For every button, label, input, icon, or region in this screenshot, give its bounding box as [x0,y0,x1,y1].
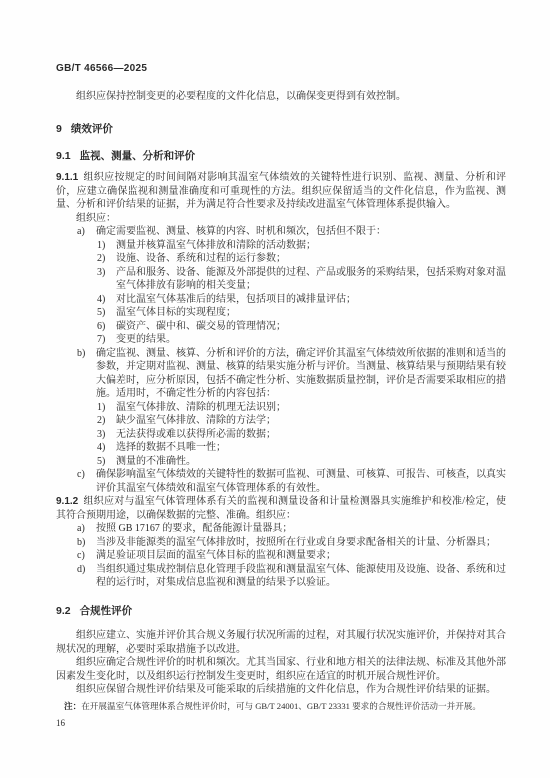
sub-list-item-text: 缺少温室气体排放、清除的方法学； [116,414,506,428]
list-item-label: b) [77,347,96,401]
list-item-text: 当组织通过集成控制信息化管理手段监视和测量温室气体、能源使用及设施、设备、系统和… [96,563,506,590]
note-text: 在开展温室气体管理体系合规性评价时，可与 GB/T 24001、GB/T 233… [81,700,506,712]
clause-911-text: 组织应按规定的时间间隔对影响其温室气体绩效的关键特性进行识别、监视、测量、分析和… [56,172,506,210]
clause-911-lead: 组织应： [56,212,506,226]
sub-list-item-text: 温室气体目标的实现程度； [116,306,506,320]
sub-list-item-text: 测量并核算温室气体排放和清除的活动数据； [116,239,506,253]
page-number: 16 [56,717,506,731]
list-item-label: a) [77,225,96,239]
sub-list-item-label: 3) [97,428,116,442]
list-item-c: c) 确保影响温室气体绩效的关键特性的数据可监视、可测量、可核算、可报告、可核查… [56,468,506,495]
sub-list-item-text: 无法获得或难以获得所必需的数据； [116,428,506,442]
clause-912-text: 组织应对与温室气体管理体系有关的监视和测量设备和计量检测器具实施维护和校准/检定… [56,496,506,521]
sub-list-item: 5) 测量的不准确性。 [56,455,506,469]
sub-list-item-text: 温室气体排放、清除的机理无法识别； [116,401,506,415]
note-label: 注： [64,700,81,712]
section-9-1-title: 监视、测量、分析和评价 [80,150,196,162]
sub-list-item-label: 4) [97,441,116,455]
list-item-text: 确定需要监视、测量、核算的内容、时机和频次，包括但不限于： [96,225,506,239]
sub-list-item: 4) 对比温室气体基准后的结果，包括项目的减排量评估； [56,293,506,307]
sub-list-item: 6) 碳资产、碳中和、碳交易的管理情况； [56,320,506,334]
page-header: GB/T 46566—2025 [56,62,506,76]
sub-list-item-label: 1) [97,239,116,253]
section-9-1-heading: 9.1监视、测量、分析和评价 [56,150,506,164]
clause-912-paragraph: 9.1.2组织应对与温室气体管理体系有关的监视和测量设备和计量检测器具实施维护和… [56,495,506,522]
sub-list-item-text: 产品和服务、设备、能源及外部提供的过程、产品或服务的采购结果，包括采购对象对温室… [116,266,506,293]
sub-list-item: 3) 无法获得或难以获得所必需的数据； [56,428,506,442]
sub-list-item-label: 7) [97,333,116,347]
sub-list-item: 1) 测量并核算温室气体排放和清除的活动数据； [56,239,506,253]
document-page: GB/T 46566—2025 组织应保持控制变更的必要程度的文件化信息，以确保… [0,0,550,778]
sub-list-item: 3) 产品和服务、设备、能源及外部提供的过程、产品或服务的采购结果，包括采购对象… [56,266,506,293]
list-item-c: c) 满足验证项目层面的温室气体目标的监视和测量要求； [56,549,506,563]
sub-list-item-label: 3) [97,266,116,293]
section-9-2-number: 9.2 [56,605,71,617]
section-9-2-paragraph: 组织应保留合规性评价结果及可能采取的后续措施的文件化信息，作为合规性评价结果的证… [56,683,506,697]
list-item-label: b) [77,536,96,550]
sub-list-item-text: 对比温室气体基准后的结果，包括项目的减排量评估； [116,293,506,307]
sub-list-item-label: 5) [97,455,116,469]
sub-list-item-text: 测量的不准确性。 [116,455,506,469]
sub-list-item: 4) 选择的数据不具唯一性； [56,441,506,455]
list-item-text: 确保影响温室气体绩效的关键特性的数据可监视、可测量、可核算、可报告、可核查，以真… [96,468,506,495]
list-item-text: 确定监视、测量、核算、分析和评价的方法，确定评价其温室气体绩效所依据的准则和适当… [96,347,506,401]
note: 注： 在开展温室气体管理体系合规性评价时，可与 GB/T 24001、GB/T … [56,700,506,712]
list-item-text: 当涉及非能源类的温室气体排放时，按照所在行业或自身要求配备相关的计量、分析器具； [96,536,506,550]
section-9-1-number: 9.1 [56,150,71,162]
list-item-a: a) 按照 GB 17167 的要求，配备能源计量器具； [56,522,506,536]
list-item-label: c) [77,468,96,495]
list-item-b: b) 确定监视、测量、核算、分析和评价的方法，确定评价其温室气体绩效所依据的准则… [56,347,506,401]
sub-list-item-label: 2) [97,414,116,428]
list-item-label: a) [77,522,96,536]
sub-list-item: 7) 变更的结果。 [56,333,506,347]
sub-list-item: 1) 温室气体排放、清除的机理无法识别； [56,401,506,415]
sub-list-item: 5) 温室气体目标的实现程度； [56,306,506,320]
section-9-2-paragraph: 组织应确定合规性评价的时机和频次。尤其当国家、行业和地方相关的法律法规、标准及其… [56,656,506,683]
standard-number: GB/T 46566—2025 [56,63,147,74]
clause-912-number: 9.1.2 [56,496,78,507]
list-item-text: 满足验证项目层面的温室气体目标的监视和测量要求； [96,549,506,563]
list-item-label: d) [77,563,96,590]
clause-911-number: 9.1.1 [56,172,78,183]
sub-list-item-label: 2) [97,252,116,266]
list-item-a: a) 确定需要监视、测量、核算的内容、时机和频次，包括但不限于： [56,225,506,239]
sub-list-item-text: 选择的数据不具唯一性； [116,441,506,455]
sub-list-item-text: 变更的结果。 [116,333,506,347]
sub-list-item-label: 6) [97,320,116,334]
sub-list-item-text: 设施、设备、系统和过程的运行参数； [116,252,506,266]
sub-list-item: 2) 缺少温室气体排放、清除的方法学； [56,414,506,428]
list-item-text: 按照 GB 17167 的要求，配备能源计量器具； [96,522,506,536]
sub-list-item-text: 碳资产、碳中和、碳交易的管理情况； [116,320,506,334]
section-9-title: 绩效评价 [71,123,113,135]
list-item-b: b) 当涉及非能源类的温室气体排放时，按照所在行业或自身要求配备相关的计量、分析… [56,536,506,550]
list-item-label: c) [77,549,96,563]
section-9-2-heading: 9.2合规性评价 [56,605,506,619]
clause-911-paragraph: 9.1.1组织应按规定的时间间隔对影响其温室气体绩效的关键特性进行识别、监视、测… [56,171,506,212]
section-9-number: 9 [56,123,62,135]
sub-list-item-label: 5) [97,306,116,320]
sub-list-item: 2) 设施、设备、系统和过程的运行参数； [56,252,506,266]
section-9-heading: 9绩效评价 [56,123,506,137]
list-item-d: d) 当组织通过集成控制信息化管理手段监视和测量温室气体、能源使用及设施、设备、… [56,563,506,590]
sub-list-item-label: 4) [97,293,116,307]
intro-paragraph: 组织应保持控制变更的必要程度的文件化信息，以确保变更得到有效控制。 [56,90,506,104]
section-9-2-paragraph: 组织应建立、实施并评价其合规义务履行状况所需的过程，对其履行状况实施评价，并保持… [56,629,506,656]
section-9-2-title: 合规性评价 [80,605,133,617]
sub-list-item-label: 1) [97,401,116,415]
